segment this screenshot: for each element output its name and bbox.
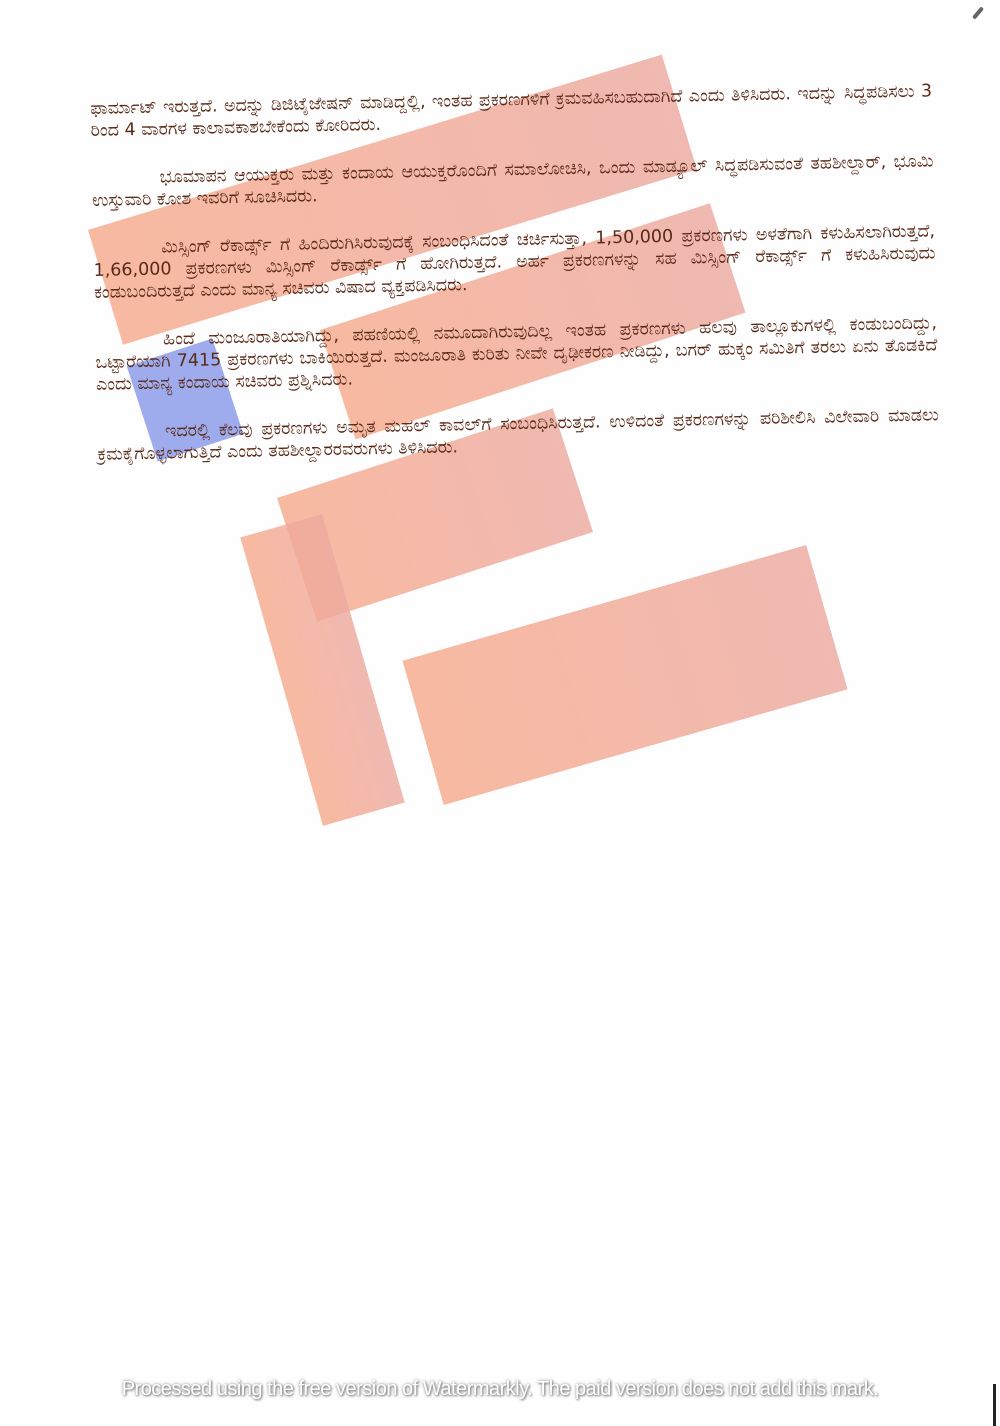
paragraph-2: ಭೂಮಾಪನ ಆಯುಕ್ತರು ಮತ್ತು ಕಂದಾಯ ಆಯುಕ್ತರೊಂದಿಗ… — [91, 150, 934, 212]
document-body: ಫಾರ್ಮಾಟ್ ಇರುತ್ತದೆ. ಅದನ್ನು ಡಿಜಿಟೈಜೇಷನ್ ಮಾ… — [90, 80, 940, 492]
paragraph-4: ಹಿಂದೆ ಮಂಜೂರಾತಿಯಾಗಿದ್ದು, ಪಹಣಿಯಲ್ಲಿ ನಮೂದಾಗ… — [95, 312, 938, 396]
paragraph-3: ಮಿಸ್ಸಿಂಗ್ ರೆಕಾರ್ಡ್ಸ್ ಗೆ ಹಿಂದಿರುಗಿಸಿರುವುದ… — [93, 220, 936, 304]
paragraph-1: ಫಾರ್ಮಾಟ್ ಇರುತ್ತದೆ. ಅದನ್ನು ಡಿಜಿಟೈಜೇಷನ್ ಮಾ… — [90, 80, 933, 142]
salmon-highlight-block-bottom — [402, 545, 847, 805]
pen-mark-icon — [972, 6, 984, 19]
paragraph-5: ಇದರಲ್ಲಿ ಕೆಲವು ಪ್ರಕರಣಗಳು ಅಮೃತ ಮಹಲ್ ಕಾವಲ್‌… — [97, 404, 940, 466]
watermark-text: Processed using the free version of Wate… — [0, 1378, 1000, 1401]
document-page: ಫಾರ್ಮಾಟ್ ಇರುತ್ತದೆ. ಅದನ್ನು ಡಿಜಿಟೈಜೇಷನ್ ಮಾ… — [0, 0, 1000, 1426]
